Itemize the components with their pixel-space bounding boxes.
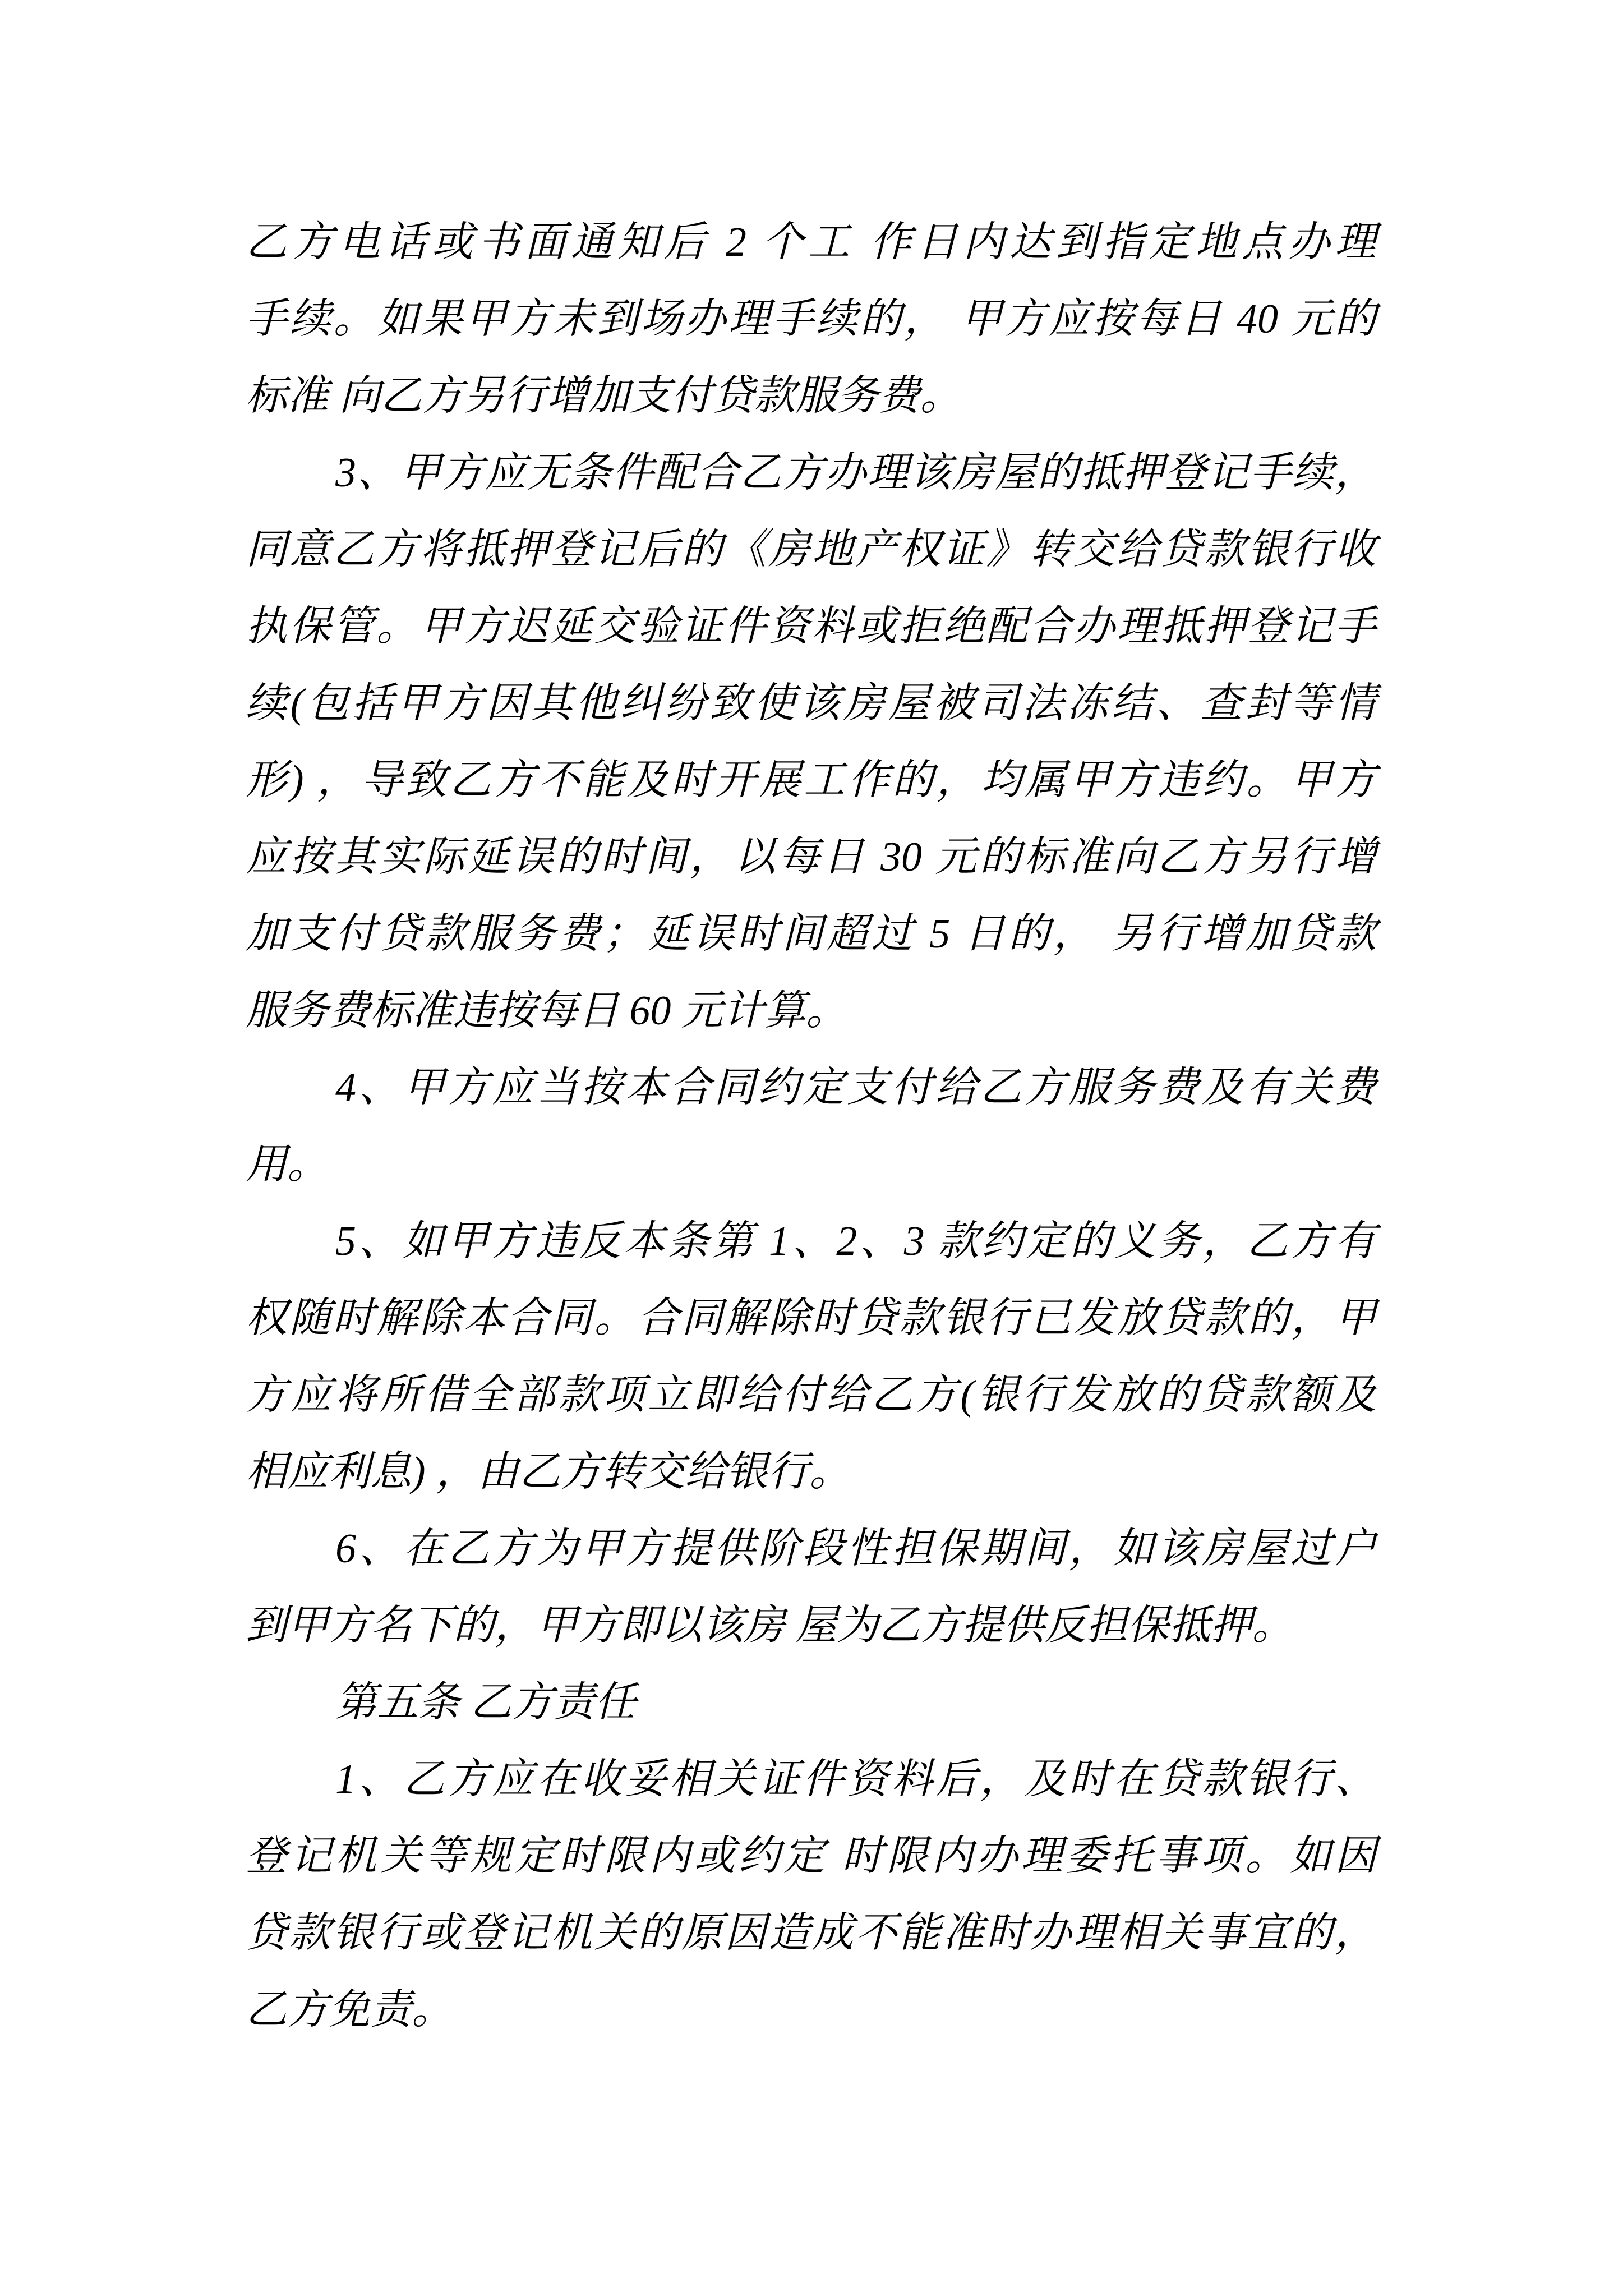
contract-text-line: 登记机关等规定时限内或约定 时限内办理委托事项。如因 xyxy=(246,1818,1376,1895)
contract-text-line: 标准 向乙方另行增加支付贷款服务费。 xyxy=(246,358,1376,435)
contract-text-line: 3、甲方应无条件配合乙方办理该房屋的抵押登记手续， xyxy=(246,435,1376,512)
contract-text-line: 形) ，导致乙方不能及时开展工作的，均属甲方违约。甲方 xyxy=(246,742,1376,819)
contract-text-line: 5、如甲方违反本条第 1、2、3 款约定的义务，乙方有 xyxy=(246,1203,1376,1280)
contract-text-line: 贷款银行或登记机关的原因造成不能准时办理相关事宜的， xyxy=(246,1895,1376,1972)
contract-text-line: 到甲方名下的，甲方即以该房 屋为乙方提供反担保抵押。 xyxy=(246,1588,1376,1664)
contract-text-line: 加支付贷款服务费；延误时间超过 5 日的， 另行增加贷款 xyxy=(246,896,1376,973)
contract-text-line: 方应将所借全部款项立即给付给乙方(银行发放的贷款额及 xyxy=(246,1357,1376,1434)
contract-text-line: 用。 xyxy=(246,1126,1376,1203)
contract-text-line: 乙方电话或书面通知后 2 个工 作日内达到指定地点办理 xyxy=(246,204,1376,281)
contract-text-line: 6、在乙方为甲方提供阶段性担保期间，如该房屋过户 xyxy=(246,1511,1376,1588)
contract-text-line: 执保管。甲方迟延交验证件资料或拒绝配合办理抵押登记手 xyxy=(246,588,1376,665)
document-page: 乙方电话或书面通知后 2 个工 作日内达到指定地点办理手续。如果甲方未到场办理手… xyxy=(0,0,1623,2296)
contract-text-line: 乙方免责。 xyxy=(246,1972,1376,2049)
contract-text-line: 权随时解除本合同。合同解除时贷款银行已发放贷款的，甲 xyxy=(246,1280,1376,1357)
contract-text-line: 1、乙方应在收妥相关证件资料后，及时在贷款银行、 xyxy=(246,1741,1376,1818)
contract-text-line: 第五条 乙方责任 xyxy=(246,1664,1376,1741)
contract-text-line: 服务费标准违按每日 60 元计算。 xyxy=(246,973,1376,1050)
contract-text-line: 手续。如果甲方未到场办理手续的， 甲方应按每日 40 元的 xyxy=(246,281,1376,358)
contract-text-block: 乙方电话或书面通知后 2 个工 作日内达到指定地点办理手续。如果甲方未到场办理手… xyxy=(246,204,1376,2049)
contract-text-line: 同意乙方将抵押登记后的《房地产权证》转交给贷款银行收 xyxy=(246,512,1376,588)
contract-text-line: 相应利息) ，由乙方转交给银行。 xyxy=(246,1434,1376,1511)
contract-text-line: 4、甲方应当按本合同约定支付给乙方服务费及有关费 xyxy=(246,1050,1376,1126)
contract-text-line: 应按其实际延误的时间，以每日 30 元的标准向乙方另行增 xyxy=(246,819,1376,896)
contract-text-line: 续(包括甲方因其他纠纷致使该房屋被司法冻结、查封等情 xyxy=(246,665,1376,742)
